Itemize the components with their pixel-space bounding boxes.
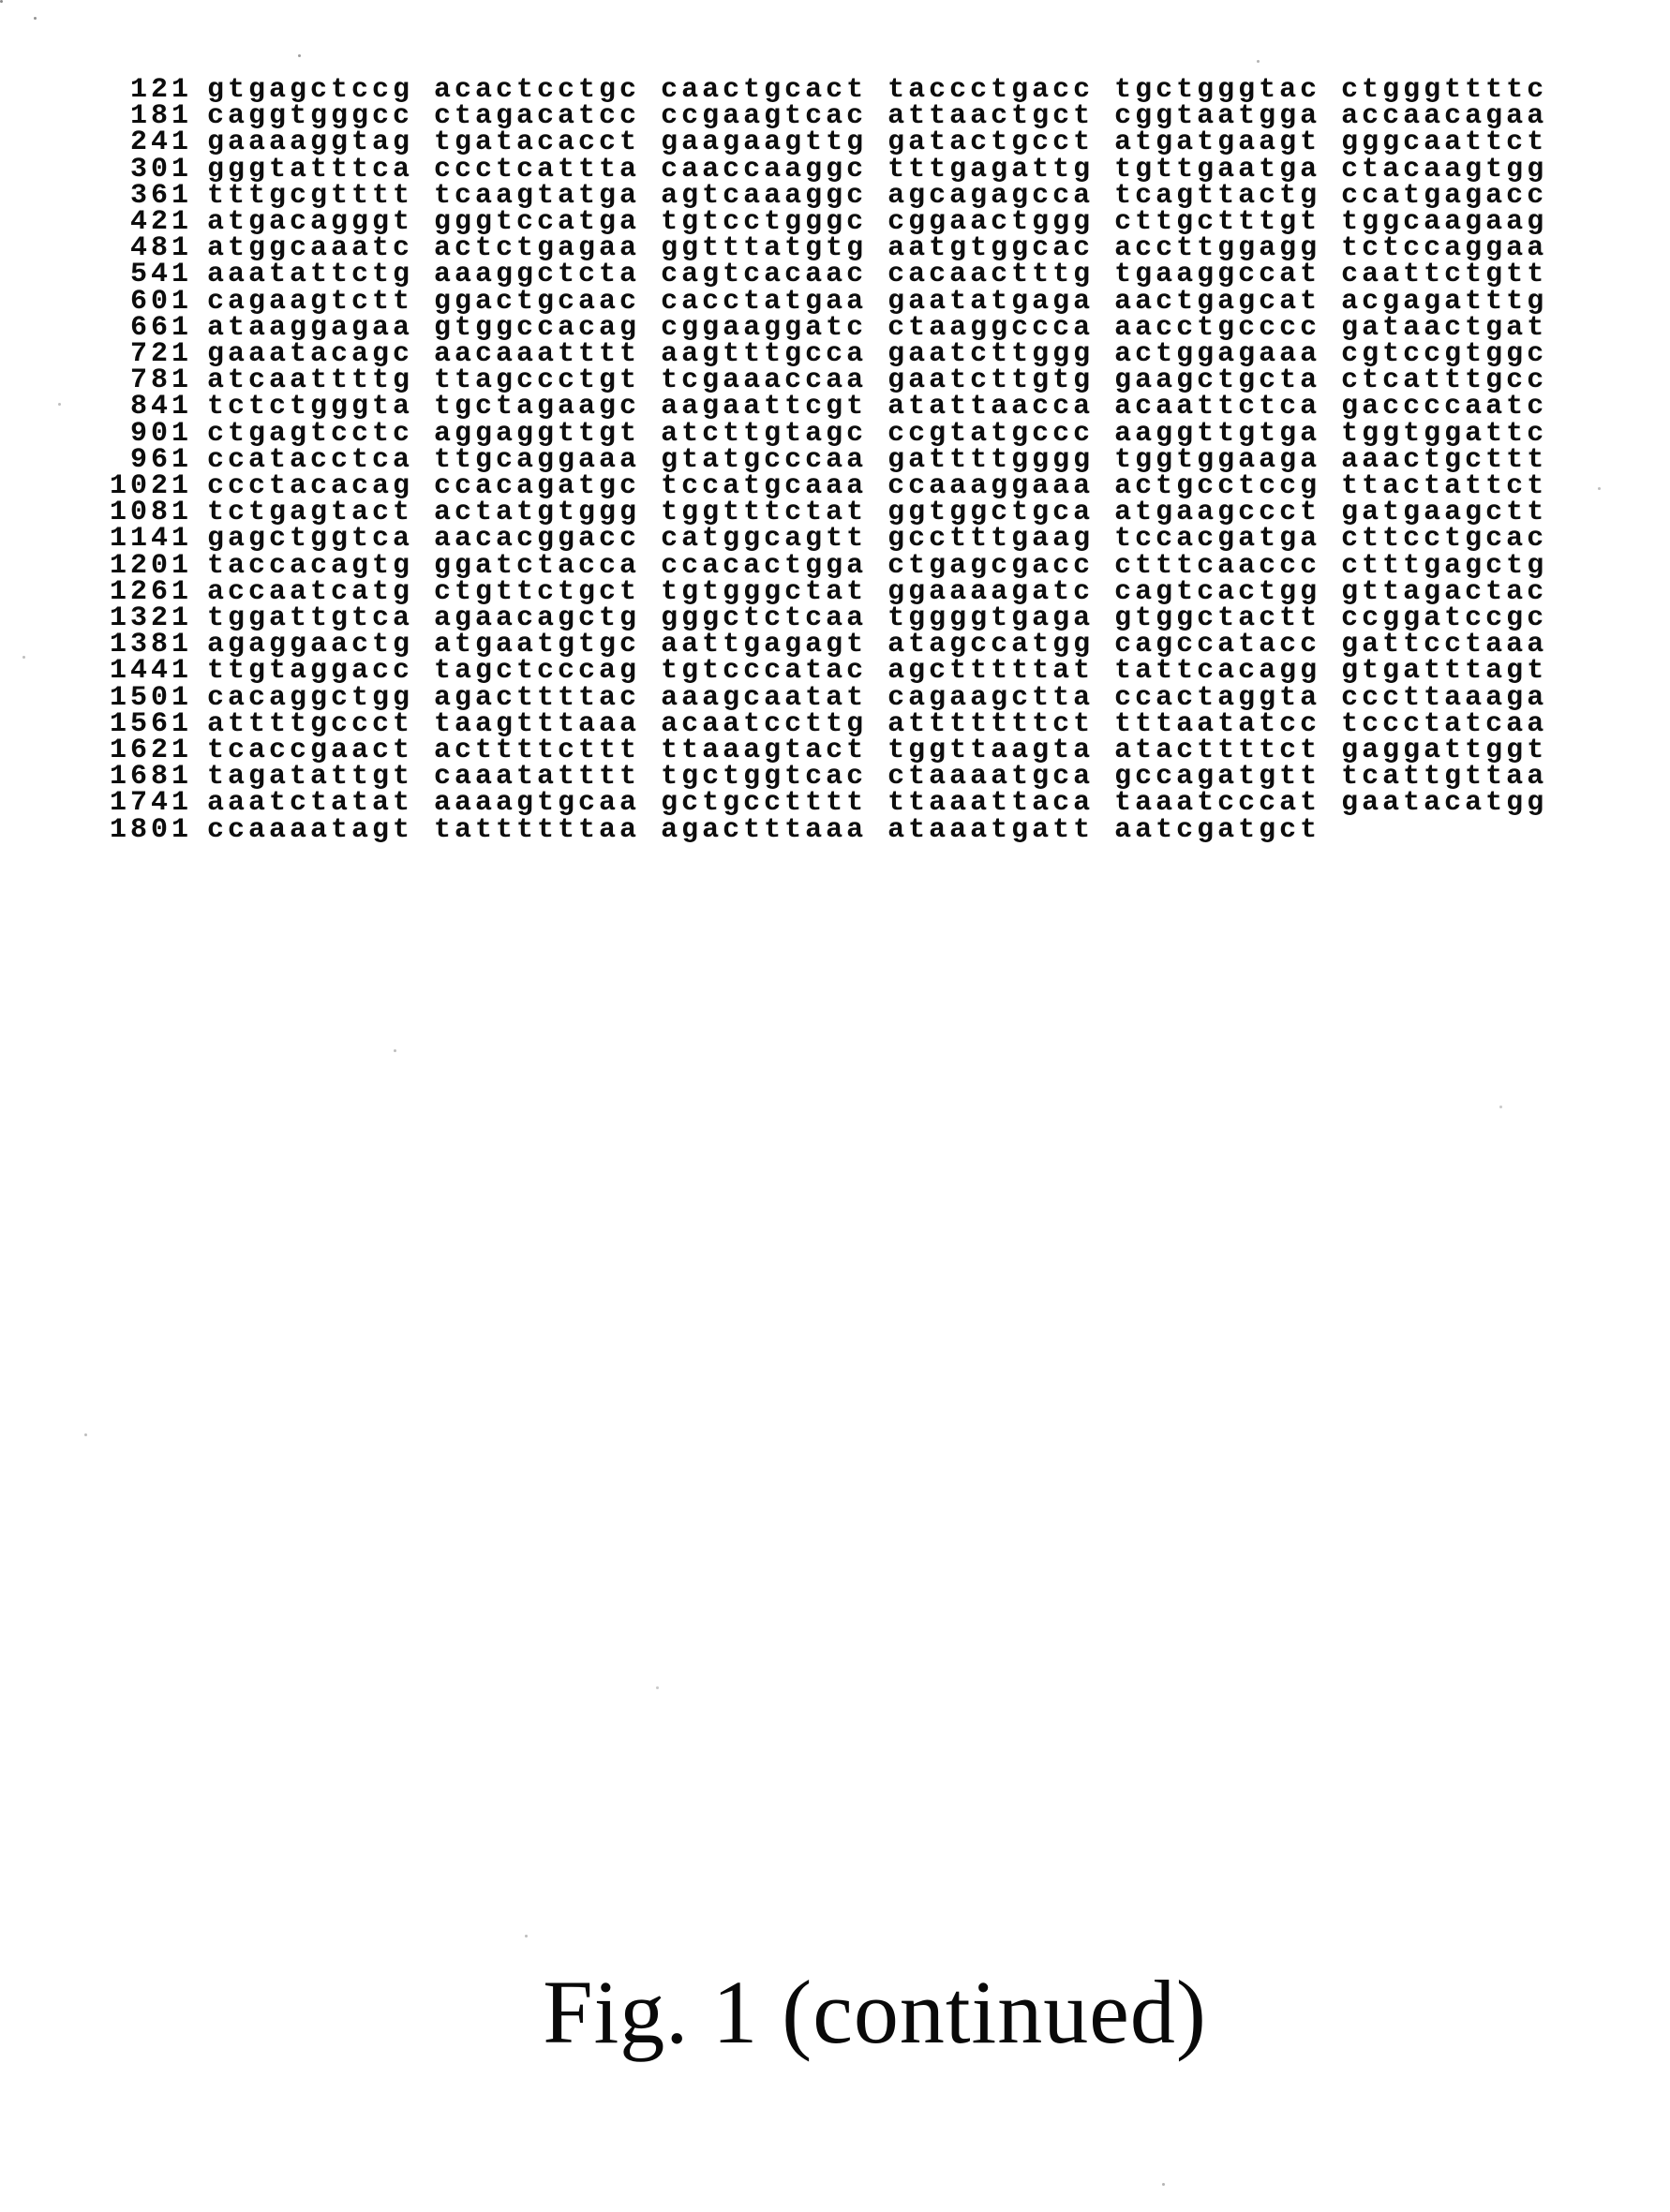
sequence-row: 1621tcaccgaact acttttcttt ttaaagtact tgg… bbox=[0, 737, 1547, 764]
sequence-text: tagatattgt caaatatttt tgctggtcac ctaaaat… bbox=[207, 764, 1547, 790]
sequence-text: tttgcgtttt tcaagtatga agtcaaaggc agcagag… bbox=[207, 183, 1547, 209]
sequence-line-number: 121 bbox=[0, 77, 192, 103]
sequence-text: ctgagtcctc aggaggttgt atcttgtagc ccgtatg… bbox=[207, 421, 1547, 447]
sequence-row: 1381agaggaactg atgaatgtgc aattgagagt ata… bbox=[0, 631, 1547, 658]
nucleotide-sequence-listing: 121gtgagctccg acactcctgc caactgcact tacc… bbox=[0, 77, 1547, 843]
sequence-row: 721gaaatacagc aacaaatttt aagtttgcca gaat… bbox=[0, 341, 1547, 367]
sequence-line-number: 1801 bbox=[0, 817, 192, 843]
sequence-row: 1021ccctacacag ccacagatgc tccatgcaaa cca… bbox=[0, 473, 1547, 499]
sequence-line-number: 301 bbox=[0, 156, 192, 183]
sequence-row: 1321tggattgtca agaacagctg gggctctcaa tgg… bbox=[0, 605, 1547, 631]
sequence-line-number: 1381 bbox=[0, 631, 192, 658]
sequence-line-number: 1681 bbox=[0, 764, 192, 790]
sequence-row: 781atcaattttg ttagccctgt tcgaaaccaa gaat… bbox=[0, 367, 1547, 393]
sequence-text: gaaatacagc aacaaatttt aagtttgcca gaatctt… bbox=[207, 341, 1547, 367]
sequence-text: agaggaactg atgaatgtgc aattgagagt atagcca… bbox=[207, 631, 1547, 658]
sequence-row: 1261accaatcatg ctgttctgct tgtgggctat gga… bbox=[0, 579, 1547, 605]
sequence-text: tggattgtca agaacagctg gggctctcaa tggggtg… bbox=[207, 605, 1547, 631]
sequence-row: 1801ccaaaatagt tattttttaa agactttaaa ata… bbox=[0, 817, 1547, 843]
sequence-line-number: 1621 bbox=[0, 737, 192, 764]
sequence-text: cacaggctgg agacttttac aaagcaatat cagaagc… bbox=[207, 685, 1547, 711]
sequence-row: 1441ttgtaggacc tagctcccag tgtcccatac agc… bbox=[0, 658, 1547, 684]
sequence-text: taccacagtg ggatctacca ccacactgga ctgagcg… bbox=[207, 553, 1547, 579]
sequence-line-number: 421 bbox=[0, 209, 192, 235]
sequence-row: 1681tagatattgt caaatatttt tgctggtcac cta… bbox=[0, 764, 1547, 790]
sequence-row: 1741aaatctatat aaaagtgcaa gctgcctttt tta… bbox=[0, 790, 1547, 816]
sequence-line-number: 541 bbox=[0, 261, 192, 288]
sequence-line-number: 1021 bbox=[0, 473, 192, 499]
sequence-row: 901ctgagtcctc aggaggttgt atcttgtagc ccgt… bbox=[0, 421, 1547, 447]
sequence-row: 841tctctgggta tgctagaagc aagaattcgt atat… bbox=[0, 393, 1547, 420]
sequence-row: 481atggcaaatc actctgagaa ggtttatgtg aatg… bbox=[0, 235, 1547, 261]
sequence-row: 961ccatacctca ttgcaggaaa gtatgcccaa gatt… bbox=[0, 447, 1547, 473]
sequence-line-number: 181 bbox=[0, 103, 192, 129]
sequence-line-number: 1321 bbox=[0, 605, 192, 631]
sequence-row: 541aaatattctg aaaggctcta cagtcacaac caca… bbox=[0, 261, 1547, 288]
sequence-line-number: 601 bbox=[0, 289, 192, 315]
sequence-row: 1081tctgagtact actatgtggg tggtttctat ggt… bbox=[0, 499, 1547, 526]
sequence-text: aaatattctg aaaggctcta cagtcacaac cacaact… bbox=[207, 261, 1547, 288]
sequence-line-number: 1201 bbox=[0, 553, 192, 579]
sequence-row: 1141gagctggtca aacacggacc catggcagtt gcc… bbox=[0, 526, 1547, 552]
sequence-text: ccaaaatagt tattttttaa agactttaaa ataaatg… bbox=[207, 817, 1320, 843]
sequence-row: 121gtgagctccg acactcctgc caactgcact tacc… bbox=[0, 77, 1547, 103]
sequence-text: gaaaaggtag tgatacacct gaagaagttg gatactg… bbox=[207, 129, 1547, 156]
sequence-text: aaatctatat aaaagtgcaa gctgcctttt ttaaatt… bbox=[207, 790, 1547, 816]
sequence-row: 1201taccacagtg ggatctacca ccacactgga ctg… bbox=[0, 553, 1547, 579]
sequence-text: atggcaaatc actctgagaa ggtttatgtg aatgtgg… bbox=[207, 235, 1547, 261]
sequence-line-number: 361 bbox=[0, 183, 192, 209]
sequence-text: atcaattttg ttagccctgt tcgaaaccaa gaatctt… bbox=[207, 367, 1547, 393]
sequence-text: ccatacctca ttgcaggaaa gtatgcccaa gattttg… bbox=[207, 447, 1547, 473]
sequence-text: gggtatttca ccctcattta caaccaaggc tttgaga… bbox=[207, 156, 1547, 183]
sequence-row: 421atgacagggt gggtccatga tgtcctgggc cgga… bbox=[0, 209, 1547, 235]
patent-figure-page: 121gtgagctccg acactcctgc caactgcact tacc… bbox=[0, 0, 1670, 2212]
sequence-line-number: 1441 bbox=[0, 658, 192, 684]
sequence-text: tctgagtact actatgtggg tggtttctat ggtggct… bbox=[207, 499, 1547, 526]
sequence-row: 301gggtatttca ccctcattta caaccaaggc tttg… bbox=[0, 156, 1547, 183]
sequence-line-number: 1741 bbox=[0, 790, 192, 816]
figure-caption: Fig. 1 (continued) bbox=[0, 1960, 1670, 2064]
sequence-row: 661ataaggagaa gtggccacag cggaaggatc ctaa… bbox=[0, 315, 1547, 341]
sequence-line-number: 1141 bbox=[0, 526, 192, 552]
sequence-text: gagctggtca aacacggacc catggcagtt gcctttg… bbox=[207, 526, 1547, 552]
sequence-text: caggtgggcc ctagacatcc ccgaagtcac attaact… bbox=[207, 103, 1547, 129]
scan-noise bbox=[0, 0, 3, 3]
sequence-row: 1501cacaggctgg agacttttac aaagcaatat cag… bbox=[0, 685, 1547, 711]
sequence-line-number: 1261 bbox=[0, 579, 192, 605]
sequence-row: 181caggtgggcc ctagacatcc ccgaagtcac atta… bbox=[0, 103, 1547, 129]
sequence-row: 241gaaaaggtag tgatacacct gaagaagttg gata… bbox=[0, 129, 1547, 156]
sequence-line-number: 841 bbox=[0, 393, 192, 420]
sequence-row: 601cagaagtctt ggactgcaac cacctatgaa gaat… bbox=[0, 289, 1547, 315]
sequence-text: tctctgggta tgctagaagc aagaattcgt atattaa… bbox=[207, 393, 1547, 420]
sequence-text: atgacagggt gggtccatga tgtcctgggc cggaact… bbox=[207, 209, 1547, 235]
sequence-text: attttgccct taagtttaaa acaatccttg atttttt… bbox=[207, 711, 1547, 737]
sequence-text: ccctacacag ccacagatgc tccatgcaaa ccaaagg… bbox=[207, 473, 1547, 499]
sequence-line-number: 721 bbox=[0, 341, 192, 367]
sequence-line-number: 241 bbox=[0, 129, 192, 156]
sequence-row: 1561attttgccct taagtttaaa acaatccttg att… bbox=[0, 711, 1547, 737]
sequence-line-number: 1501 bbox=[0, 685, 192, 711]
sequence-text: gtgagctccg acactcctgc caactgcact taccctg… bbox=[207, 77, 1547, 103]
sequence-row: 361tttgcgtttt tcaagtatga agtcaaaggc agca… bbox=[0, 183, 1547, 209]
sequence-line-number: 961 bbox=[0, 447, 192, 473]
sequence-text: cagaagtctt ggactgcaac cacctatgaa gaatatg… bbox=[207, 289, 1547, 315]
sequence-text: ataaggagaa gtggccacag cggaaggatc ctaaggc… bbox=[207, 315, 1547, 341]
sequence-line-number: 781 bbox=[0, 367, 192, 393]
sequence-text: accaatcatg ctgttctgct tgtgggctat ggaaaag… bbox=[207, 579, 1547, 605]
sequence-line-number: 661 bbox=[0, 315, 192, 341]
sequence-line-number: 481 bbox=[0, 235, 192, 261]
sequence-line-number: 901 bbox=[0, 421, 192, 447]
sequence-text: tcaccgaact acttttcttt ttaaagtact tggttaa… bbox=[207, 737, 1547, 764]
sequence-line-number: 1081 bbox=[0, 499, 192, 526]
sequence-text: ttgtaggacc tagctcccag tgtcccatac agctttt… bbox=[207, 658, 1547, 684]
sequence-line-number: 1561 bbox=[0, 711, 192, 737]
